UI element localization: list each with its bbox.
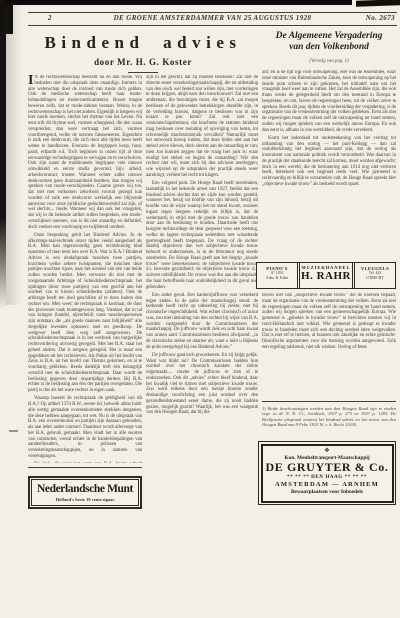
paragraph: Een ander geval. Een kantoorjuffrouw was… xyxy=(146,293,258,351)
ad-de-gruyter: ❖ Kon. Meubeltransport-Maatschappij DE G… xyxy=(258,441,396,505)
article-column-3-top: ant; en is de tijd rijp voor ontwapening… xyxy=(262,70,396,260)
ad-inner-border: ❖ Kon. Meubeltransport-Maatschappij DE G… xyxy=(261,444,394,503)
page-header: 2 DE GROENE AMSTERDAMMER VAN 25 AUGUSTUS… xyxy=(28,14,397,24)
ad-cities: AMSTERDAM — ARNHEM xyxy=(263,481,392,488)
paragraph: Onze bespreking geldt het Bindend Advies… xyxy=(28,233,142,394)
ad-brand-name: Nederlandsche Munt xyxy=(32,483,138,495)
byline-divider xyxy=(128,72,158,74)
issue-number: No. 2673 xyxy=(366,14,395,22)
ad-rahr-name: H. RAHR xyxy=(300,270,352,282)
ornament-icon: ❖ xyxy=(263,448,392,455)
paragraph: IN de rechtswetenschap heerscht nu en da… xyxy=(28,75,142,230)
right-title-line1: De Algemeene Vergadering xyxy=(262,31,396,42)
header-rule-bottom xyxy=(28,25,397,26)
paragraph: De juffrouw gaat toch procedeeren. En zi… xyxy=(146,353,258,416)
ad-rahr-addr: Adm. R. Fabri xyxy=(257,276,297,281)
ad-service: Bewaarplaatsen voor Inboedels xyxy=(263,489,392,495)
drop-cap: I xyxy=(28,75,33,86)
ad-rahr-city: UTRECHT xyxy=(355,276,395,281)
continuation-note: (Vervolg van pag. 1) xyxy=(262,59,396,64)
ad-rahr-left: PIANO'S A° 1831 Adm. R. Fabri xyxy=(257,263,297,288)
header-rule-top xyxy=(28,12,397,13)
paragraph: boven niet van „subjectieve kwade trouw”… xyxy=(262,293,396,351)
right-article-title: De Algemeene Vergadering van den Volkenb… xyxy=(262,31,396,53)
scan-smudge xyxy=(9,430,18,432)
paragraph: Een volgend punt. De Hooge Raad heeft me… xyxy=(146,181,258,290)
masthead: DE GROENE AMSTERDAMMER VAN 25 AUGUSTUS 1… xyxy=(28,14,397,22)
ad-nederlandsche-munt: Nederlandsche Munt Holland's beste 10 ce… xyxy=(28,476,142,509)
ad-company-name: DE GRUYTER & Co. xyxy=(263,461,392,474)
paragraph: Komt het inderdaad tot onderteekening va… xyxy=(262,136,396,188)
ad-tagline: Holland's beste 10 cents sigaar xyxy=(32,497,138,502)
ad-rahr-muziekhandel: PIANO'S A° 1831 Adm. R. Fabri MUZIEKHAND… xyxy=(256,262,396,289)
right-title-line2: van den Volkenbond xyxy=(262,42,396,53)
ad-rahr-shop: MUZIEKHANDEL xyxy=(300,265,352,270)
footnote: 1) Beide beschouwingen werden aan den Ho… xyxy=(262,406,396,428)
paragraph: Waarop baseert de rechtspraak de geldigh… xyxy=(28,396,142,459)
column-end-rule xyxy=(28,467,142,468)
scan-edge-top xyxy=(0,0,352,5)
ad-rahr-center: MUZIEKHANDEL H. RAHR xyxy=(297,263,355,288)
paragraph: ant; en is de tijd rijp voor ontwapening… xyxy=(262,70,396,133)
ad-inner-border: Nederlandsche Munt Holland's beste 10 ce… xyxy=(31,479,139,506)
ad-rahr-right: VLEUGELS Tel. 443 UTRECHT xyxy=(355,263,395,288)
scan-edge-top-right xyxy=(356,0,400,7)
article-title: Bindend advies xyxy=(28,33,258,53)
article-column-2: zijn in het geschil, dat zij moeten besl… xyxy=(146,75,258,525)
paragraph: zijn in het geschil, dat zij moeten besl… xyxy=(146,75,258,179)
article-column-1: IN de rechtswetenschap heerscht nu en da… xyxy=(28,75,142,463)
scan-shadow-left xyxy=(6,5,22,305)
ad-city-line: ** ** ** DEN HAAG ** ** ** xyxy=(263,475,392,480)
footnote-rule xyxy=(262,401,396,402)
article-column-3-bottom: boven niet van „subjectieve kwade trouw”… xyxy=(262,293,396,396)
paragraph: De leek, die voor het eerst van B.A. hoo… xyxy=(28,462,142,463)
article-byline: door Mr. H. G. Koster xyxy=(28,57,258,67)
